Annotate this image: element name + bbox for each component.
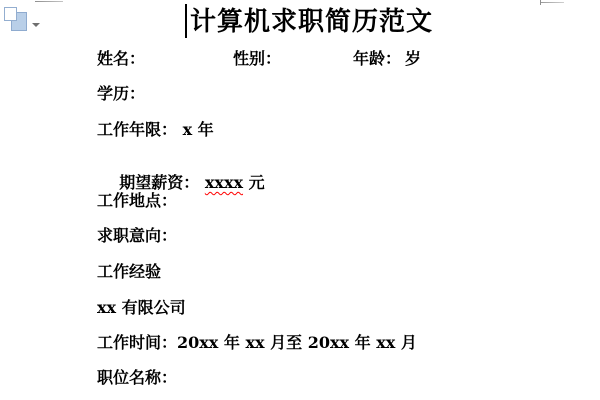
paste-options-button[interactable] [2,5,42,33]
age-suffix[interactable]: 岁 [405,50,421,68]
work-years-line[interactable]: 工作年限： x 年 [97,121,214,139]
work-time-line[interactable]: 工作时间：20xx 年 xx 月至 20xx 年 xx 月 [97,334,417,352]
salary-label: 期望薪资： [119,173,205,192]
chevron-down-icon [32,23,40,27]
position-line[interactable]: 职位名称： [97,369,177,387]
paste-options-icon [3,6,27,32]
age-label[interactable]: 年龄： [353,50,401,68]
salary-value-misspelled: xxxx [205,173,243,192]
intention-line[interactable]: 求职意向： [97,227,177,245]
education-line[interactable]: 学历： [97,85,145,103]
salary-suffix: 元 [243,173,265,192]
name-label[interactable]: 姓名： [97,50,145,68]
top-edge-line-left [35,1,63,2]
company-line[interactable]: xx 有限公司 [97,299,186,317]
document-page: 计算机求职简历范文 姓名： 性别： 年龄： 岁 学历： 工作年限： x 年 期望… [0,0,600,400]
top-edge-line-right [541,2,564,3]
text-cursor [185,4,187,38]
location-line[interactable]: 工作地点： [97,192,177,210]
document-title[interactable]: 计算机求职简历范文 [190,7,433,37]
experience-heading-line[interactable]: 工作经验 [97,263,161,281]
gender-label[interactable]: 性别： [233,50,281,68]
